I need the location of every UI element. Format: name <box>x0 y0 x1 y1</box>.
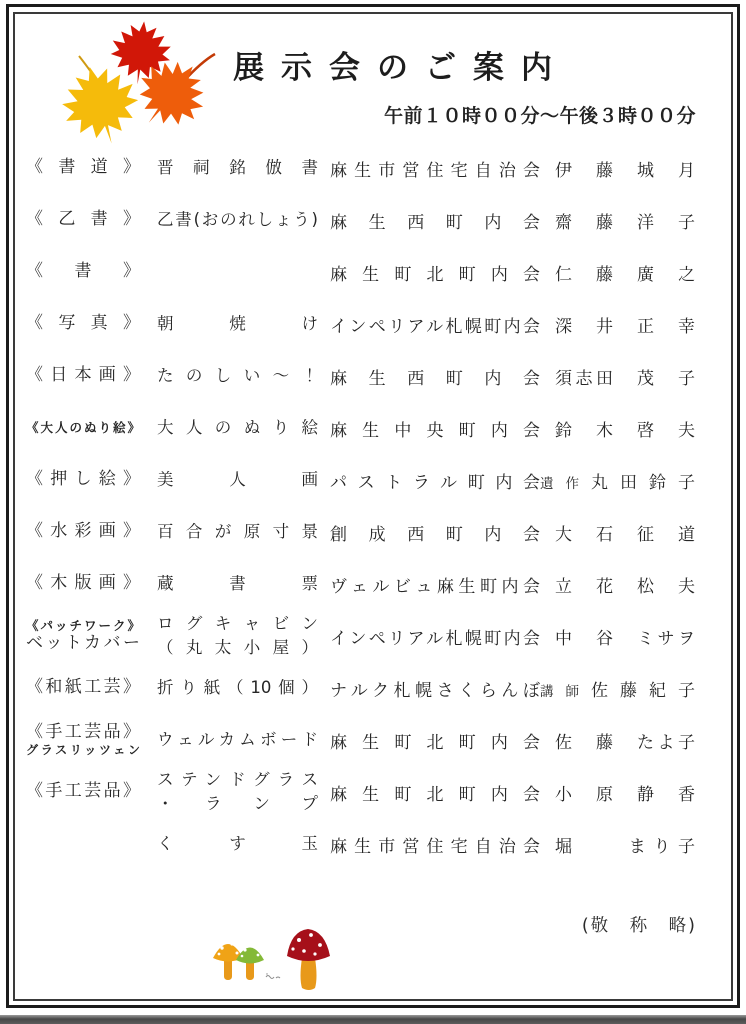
category-label: 《手工芸品》 <box>26 722 140 743</box>
category-cell: 《パッチワーク》 ベットカバー <box>18 618 148 655</box>
mushroom-red <box>287 929 330 990</box>
category-label: 《木版画》 <box>26 573 140 594</box>
work-title: 折り紙（10個） <box>157 676 318 700</box>
category-sub-label: ベットカバー <box>26 633 140 654</box>
work-cell: 朝焼け <box>148 312 323 336</box>
category-label: 《パッチワーク》 <box>26 618 140 634</box>
category-cell: 《写真》 <box>18 313 148 334</box>
name-cell: 立花松夫 <box>540 572 700 597</box>
category-label: 《水彩画》 <box>26 521 140 542</box>
table-row: 《日本画》 たのしい～！ 麻生西町内会 須志田 茂 子 <box>18 350 720 402</box>
table-row: 《押し絵》 美人画 パストラル町内会 遺作丸田鈴子 <box>18 454 720 506</box>
name-cell: 仁藤廣之 <box>540 260 700 285</box>
name-cell: 深井正幸 <box>540 312 700 337</box>
exhibitor-name: 大石征道 <box>555 525 695 545</box>
group-name: 麻生西町内会 <box>323 364 540 389</box>
table-row: 《書道》 晋祠銘倣書 麻生市営住宅自治会 伊藤城月 <box>18 142 720 194</box>
work-cell: ステンドグラス ・ランプ <box>148 768 323 816</box>
category-cell: 《乙書》 <box>18 209 148 230</box>
name-cell: 鈴木啓夫 <box>540 416 700 441</box>
category-sub-label: グラスリッツェン <box>26 743 140 758</box>
group-name: 麻生西町内会 <box>323 208 540 233</box>
work-title: 美人画 <box>157 468 318 492</box>
work-title-line2: （丸太小屋） <box>157 636 318 660</box>
table-row: くす玉 麻生市営住宅自治会 堀 まり子 <box>18 818 720 870</box>
name-cell: 堀 まり子 <box>540 832 700 857</box>
category-cell: 《書》 <box>18 261 148 282</box>
name-note: 遺作 <box>540 476 591 492</box>
scan-edge-artifact <box>0 1015 746 1024</box>
category-cell: 《手工芸品》 <box>18 781 148 802</box>
name-cell: 中 谷 ミサヲ <box>540 624 700 649</box>
work-cell: くす玉 <box>148 832 323 856</box>
group-name: 麻生町北町内会 <box>323 260 540 285</box>
group-name: 麻生市営住宅自治会 <box>323 156 540 181</box>
work-cell: 晋祠銘倣書 <box>148 156 323 180</box>
category-cell: 《押し絵》 <box>18 469 148 490</box>
work-title: 蔵書票 <box>157 572 318 596</box>
table-row: 《乙書》 乙書(おのれしょう) 麻生西町内会 齋藤洋子 <box>18 194 720 246</box>
table-row: 《水彩画》 百合が原寸景 創成西町内会 大石征道 <box>18 506 720 558</box>
table-row: 《写真》 朝焼け インペリアル札幌町内会 深井正幸 <box>18 298 720 350</box>
group-name: 創成西町内会 <box>323 520 540 545</box>
category-label: 《手工芸品》 <box>26 781 140 802</box>
work-title: たのしい～！ <box>157 364 318 388</box>
exhibitor-name: 伊藤城月 <box>555 161 695 181</box>
exhibitor-name: 小原静香 <box>555 785 695 805</box>
category-cell: 《日本画》 <box>18 365 148 386</box>
work-cell: 乙書(おのれしょう) <box>148 208 323 232</box>
work-cell: ウェルカムボード <box>148 728 323 752</box>
exhibitor-name: 仁藤廣之 <box>555 265 695 285</box>
work-cell: 百合が原寸景 <box>148 520 323 544</box>
group-name: ヴェルビュ麻生町内会 <box>323 572 540 597</box>
exhibitor-name: 須志田 茂 子 <box>555 369 695 389</box>
mushroom-small-orange <box>213 942 243 980</box>
table-row: 《パッチワーク》 ベットカバー ログキャビン （丸太小屋） インペリアル札幌町内… <box>18 610 720 662</box>
work-title: ステンドグラス <box>157 768 318 792</box>
table-row: 《和紙工芸》 折り紙（10個） ナルク札幌さくらんぼ 講師佐藤紀子 <box>18 662 720 714</box>
work-title-line2: ・ランプ <box>157 792 318 816</box>
table-row: 《大人のぬり絵》 大人のぬり絵 麻生中央町内会 鈴木啓夫 <box>18 402 720 454</box>
artist-signature <box>266 973 280 978</box>
group-name: パストラル町内会 <box>323 468 540 493</box>
category-cell: 《書道》 <box>18 157 148 178</box>
work-cell: 大人のぬり絵 <box>148 416 323 440</box>
exhibitor-name: 立花松夫 <box>555 577 695 597</box>
exhibitor-name: 齋藤洋子 <box>555 213 695 233</box>
category-label: 《日本画》 <box>26 365 140 386</box>
exhibitor-name: 丸田鈴子 <box>591 473 695 493</box>
work-cell: たのしい～！ <box>148 364 323 388</box>
exhibit-table: 《書道》 晋祠銘倣書 麻生市営住宅自治会 伊藤城月 《乙書》 乙書(おのれしょう… <box>18 142 720 870</box>
group-name: インペリアル札幌町内会 <box>323 624 540 649</box>
category-cell: 《大人のぬり絵》 <box>18 420 148 436</box>
work-title: 朝焼け <box>157 312 318 336</box>
mushrooms-illustration <box>207 926 347 1004</box>
table-row: 《手工芸品》 グラスリッツェン ウェルカムボード 麻生町北町内会 佐 藤 たよ子 <box>18 714 720 766</box>
work-cell: 折り紙（10個） <box>148 676 323 700</box>
mushroom-small-green <box>236 945 264 981</box>
name-cell: 遺作丸田鈴子 <box>540 468 700 493</box>
category-label: 《和紙工芸》 <box>26 677 140 698</box>
table-row: 《手工芸品》 ステンドグラス ・ランプ 麻生町北町内会 小原静香 <box>18 766 720 818</box>
exhibitor-name: 佐 藤 たよ子 <box>555 733 695 753</box>
work-title: 百合が原寸景 <box>157 520 318 544</box>
category-label: 《写真》 <box>26 313 140 334</box>
name-cell: 佐 藤 たよ子 <box>540 728 700 753</box>
name-note: 講師 <box>540 684 591 700</box>
exhibitor-name: 深井正幸 <box>555 317 695 337</box>
work-cell: 美人画 <box>148 468 323 492</box>
work-title: くす玉 <box>157 832 318 856</box>
exhibitor-name: 中 谷 ミサヲ <box>555 629 695 649</box>
table-row: 《木版画》 蔵書票 ヴェルビュ麻生町内会 立花松夫 <box>18 558 720 610</box>
name-cell: 伊藤城月 <box>540 156 700 181</box>
category-cell: 《手工芸品》 グラスリッツェン <box>18 722 148 758</box>
category-cell: 《和紙工芸》 <box>18 677 148 698</box>
category-label: 《大人のぬり絵》 <box>26 420 140 436</box>
exhibitor-name: 佐藤紀子 <box>591 681 695 701</box>
name-cell: 大石征道 <box>540 520 700 545</box>
category-label: 《書》 <box>26 261 140 282</box>
category-cell: 《水彩画》 <box>18 521 148 542</box>
name-cell: 小原静香 <box>540 780 700 805</box>
work-cell: ログキャビン （丸太小屋） <box>148 612 323 660</box>
category-label: 《押し絵》 <box>26 469 140 490</box>
group-name: 麻生中央町内会 <box>323 416 540 441</box>
exhibitor-name: 堀 まり子 <box>555 837 695 857</box>
exhibitor-name: 鈴木啓夫 <box>555 421 695 441</box>
group-name: インペリアル札幌町内会 <box>323 312 540 337</box>
exhibition-hours: 午前１０時００分～午後３時００分 <box>384 101 696 128</box>
work-title: ウェルカムボード <box>157 728 318 752</box>
group-name: ナルク札幌さくらんぼ <box>323 676 540 701</box>
honorifics-omitted-note: (敬 称 略) <box>582 912 697 937</box>
document-page: 展示会のご案内 午前１０時００分～午後３時００分 《書道》 晋祠銘倣書 麻生市営… <box>0 0 746 1024</box>
group-name: 麻生市営住宅自治会 <box>323 832 540 857</box>
work-title: 乙書(おのれしょう) <box>157 208 318 232</box>
name-cell: 講師佐藤紀子 <box>540 676 700 701</box>
group-name: 麻生町北町内会 <box>323 728 540 753</box>
work-cell: 蔵書票 <box>148 572 323 596</box>
table-row: 《書》 麻生町北町内会 仁藤廣之 <box>18 246 720 298</box>
category-label: 《書道》 <box>26 157 140 178</box>
work-title: ログキャビン <box>157 612 318 636</box>
name-cell: 齋藤洋子 <box>540 208 700 233</box>
category-cell: 《木版画》 <box>18 573 148 594</box>
category-label: 《乙書》 <box>26 209 140 230</box>
work-title: 大人のぬり絵 <box>157 416 318 440</box>
work-title: 晋祠銘倣書 <box>157 156 318 180</box>
group-name: 麻生町北町内会 <box>323 780 540 805</box>
name-cell: 須志田 茂 子 <box>540 364 700 389</box>
page-title: 展示会のご案内 <box>0 42 746 87</box>
